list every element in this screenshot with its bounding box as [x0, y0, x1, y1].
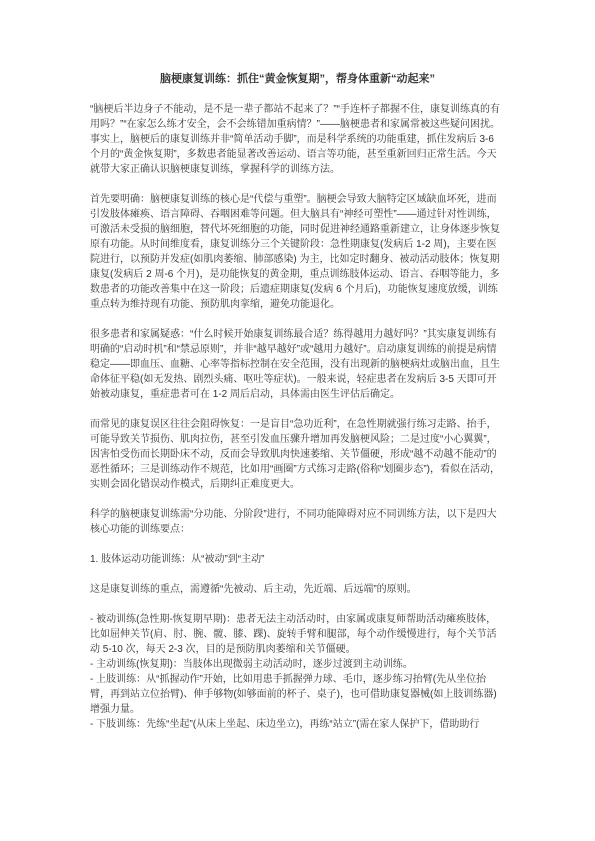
section-heading-limb-training: 1. 肢体运动功能训练：从“被动”到“主动”	[90, 552, 505, 567]
list-item-lower-limb-training: - 下肢训练：先练“坐起”(从床上坐起、床边坐立)，再练“站立”(需在家人保护下…	[90, 717, 505, 732]
limb-training-principle-paragraph: 这是康复训练的重点，需遵循“先被动、后主动，先近端、后远端”的原则。	[90, 582, 505, 597]
core-mechanism-paragraph: 首先要明确：脑梗康复训练的核心是“代偿与重塑”。脑梗会导致大脑特定区域缺血坏死，…	[90, 192, 505, 312]
list-item-active-training: - 主动训练(恢复期)：当肢体出现微弱主动活动时，逐步过渡到主动训练。	[90, 657, 505, 672]
list-item-upper-limb-training: - 上肢训练：从“抓握动作”开始，比如用患手抓握弹力球、毛巾，逐步练习抬臂(先从…	[90, 672, 505, 717]
intro-paragraph: “脑梗后半边身子不能动，是不是一辈子都站不起来了？”“手连杯子都握不住，康复训练…	[90, 102, 505, 177]
document-page: 脑梗康复训练：抓住“黄金恢复期”，帮身体重新“动起来” “脑梗后半边身子不能动，…	[0, 0, 595, 841]
document-title: 脑梗康复训练：抓住“黄金恢复期”，帮身体重新“动起来”	[90, 72, 505, 87]
misconceptions-paragraph: 而常见的康复误区往往会阻碍恢复：一是盲目“急功近利”，在急性期就强行练习走路、抬…	[90, 417, 505, 492]
timing-principles-paragraph: 很多患者和家属疑惑：“什么时候开始康复训练最合适？练得越用力越好吗？”其实康复训…	[90, 327, 505, 402]
limb-training-list: - 被动训练(急性期-恢复期早期)：患者无法主动活动时，由家属或康复师帮助活动瘫…	[90, 612, 505, 732]
list-item-passive-training: - 被动训练(急性期-恢复期早期)：患者无法主动活动时，由家属或康复师帮助活动瘫…	[90, 612, 505, 657]
training-overview-paragraph: 科学的脑梗康复训练需“分功能、分阶段”进行，不同功能障碍对应不同训练方法，以下是…	[90, 507, 505, 537]
